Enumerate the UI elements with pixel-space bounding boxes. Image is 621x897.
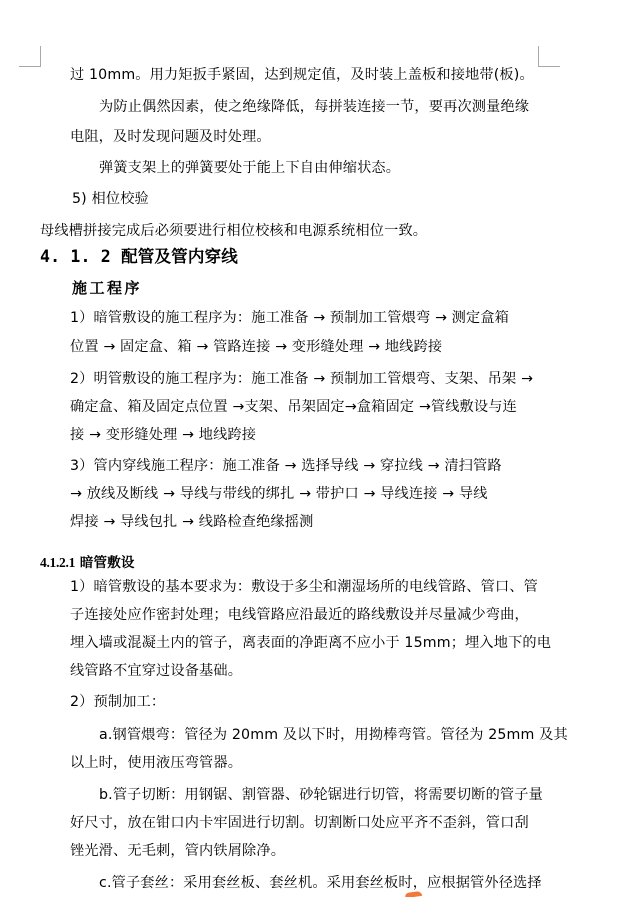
- paragraph-line: 锉光滑、无毛刺，管内铁屑除净。: [70, 841, 285, 861]
- paragraph-line: 1）暗管敷设的施工程序为：施工准备 → 预制加工管煨弯 → 测定盒箱: [70, 308, 509, 328]
- paragraph-line: 为防止偶然因素，使之绝缘降低，每拼装连接一节，要再次测量绝缘: [99, 97, 529, 117]
- paragraph-line: 接 → 变形缝处理 → 地线跨接: [70, 425, 256, 445]
- paragraph-line: 确定盒、箱及固定点位置 →支架、吊架固定→盒箱固定 →管线敷设与连: [70, 397, 517, 417]
- paragraph-line: 过 10mm。用力矩扳手紧固，达到规定值，及时装上盖板和接地带(板)。: [70, 65, 534, 85]
- paragraph-line: 母线槽拼接完成后必须要进行相位校核和电源系统相位一致。: [40, 221, 427, 241]
- paragraph-line: b.管子切断：用钢锯、割管器、砂轮锯进行切管，将需要切断的管子量: [99, 785, 543, 805]
- paragraph-line: 2）明管敷设的施工程序为：施工准备 → 预制加工管煨弯、支架、吊架 →: [70, 369, 533, 389]
- paragraph-line: a.钢管煨弯：管径为 20mm 及以下时，用拗棒弯管。管径为 25mm 及其: [99, 725, 568, 745]
- margin-corner-mark-top-right: [538, 46, 560, 67]
- paragraph-line: 线管路不宜穿过设备基础。: [70, 661, 242, 681]
- paragraph-line: 1）暗管敷设的基本要求为：敷设于多尘和潮湿场所的电线管路、管口、管: [70, 577, 538, 597]
- paragraph-line: 3）管内穿线施工程序：施工准备 → 选择导线 → 穿拉线 → 清扫管路: [70, 456, 502, 476]
- heading-number: 4.1.2.1: [40, 555, 75, 570]
- subsection-heading: 施工程序: [72, 278, 142, 298]
- list-item-heading: 5) 相位校验: [72, 189, 149, 209]
- paragraph-line: 2）预制加工：: [70, 692, 165, 712]
- paragraph-line: 子连接处应作密封处理；电线管路应沿最近的路线敷设并尽量减少弯曲，: [70, 605, 529, 625]
- paragraph-line: 位置 → 固定盒、箱 → 管路连接 → 变形缝处理 → 地线跨接: [70, 337, 442, 357]
- orange-swoosh-mark: [405, 891, 423, 897]
- paragraph-line: 弹簧支架上的弹簧要处于能上下自由伸缩状态。: [99, 158, 400, 178]
- section-heading: 4. 1. 2 配管及管内穿线: [40, 247, 238, 267]
- heading-title: 暗管敷设: [80, 555, 135, 571]
- paragraph-line: 电阻，及时发现问题及时处理。: [70, 127, 271, 147]
- paragraph-line: 好尺寸，放在钳口内卡牢固进行切割。切割断口处应平齐不歪斜，管口刮: [70, 813, 529, 833]
- sub-subsection-heading: 4.1.2.1 暗管敷设: [40, 553, 135, 573]
- paragraph-line: 焊接 → 导线包扎 → 线路检查绝缘摇测: [70, 512, 313, 532]
- document-page: 过 10mm。用力矩扳手紧固，达到规定值，及时装上盖板和接地带(板)。 为防止偶…: [0, 0, 621, 897]
- paragraph-line: → 放线及断线 → 导线与带线的绑扎 → 带护口 → 导线连接 → 导线: [70, 484, 488, 504]
- margin-corner-mark-top-left: [19, 46, 41, 67]
- paragraph-line: 以上时，使用液压弯管器。: [70, 753, 242, 773]
- paragraph-line: 埋入墙或混凝土内的管子，离表面的净距离不应小于 15mm；埋入地下的电: [70, 633, 551, 653]
- paragraph-line: c.管子套丝：采用套丝板、套丝机。采用套丝板时，应根据管外径选择: [99, 873, 542, 893]
